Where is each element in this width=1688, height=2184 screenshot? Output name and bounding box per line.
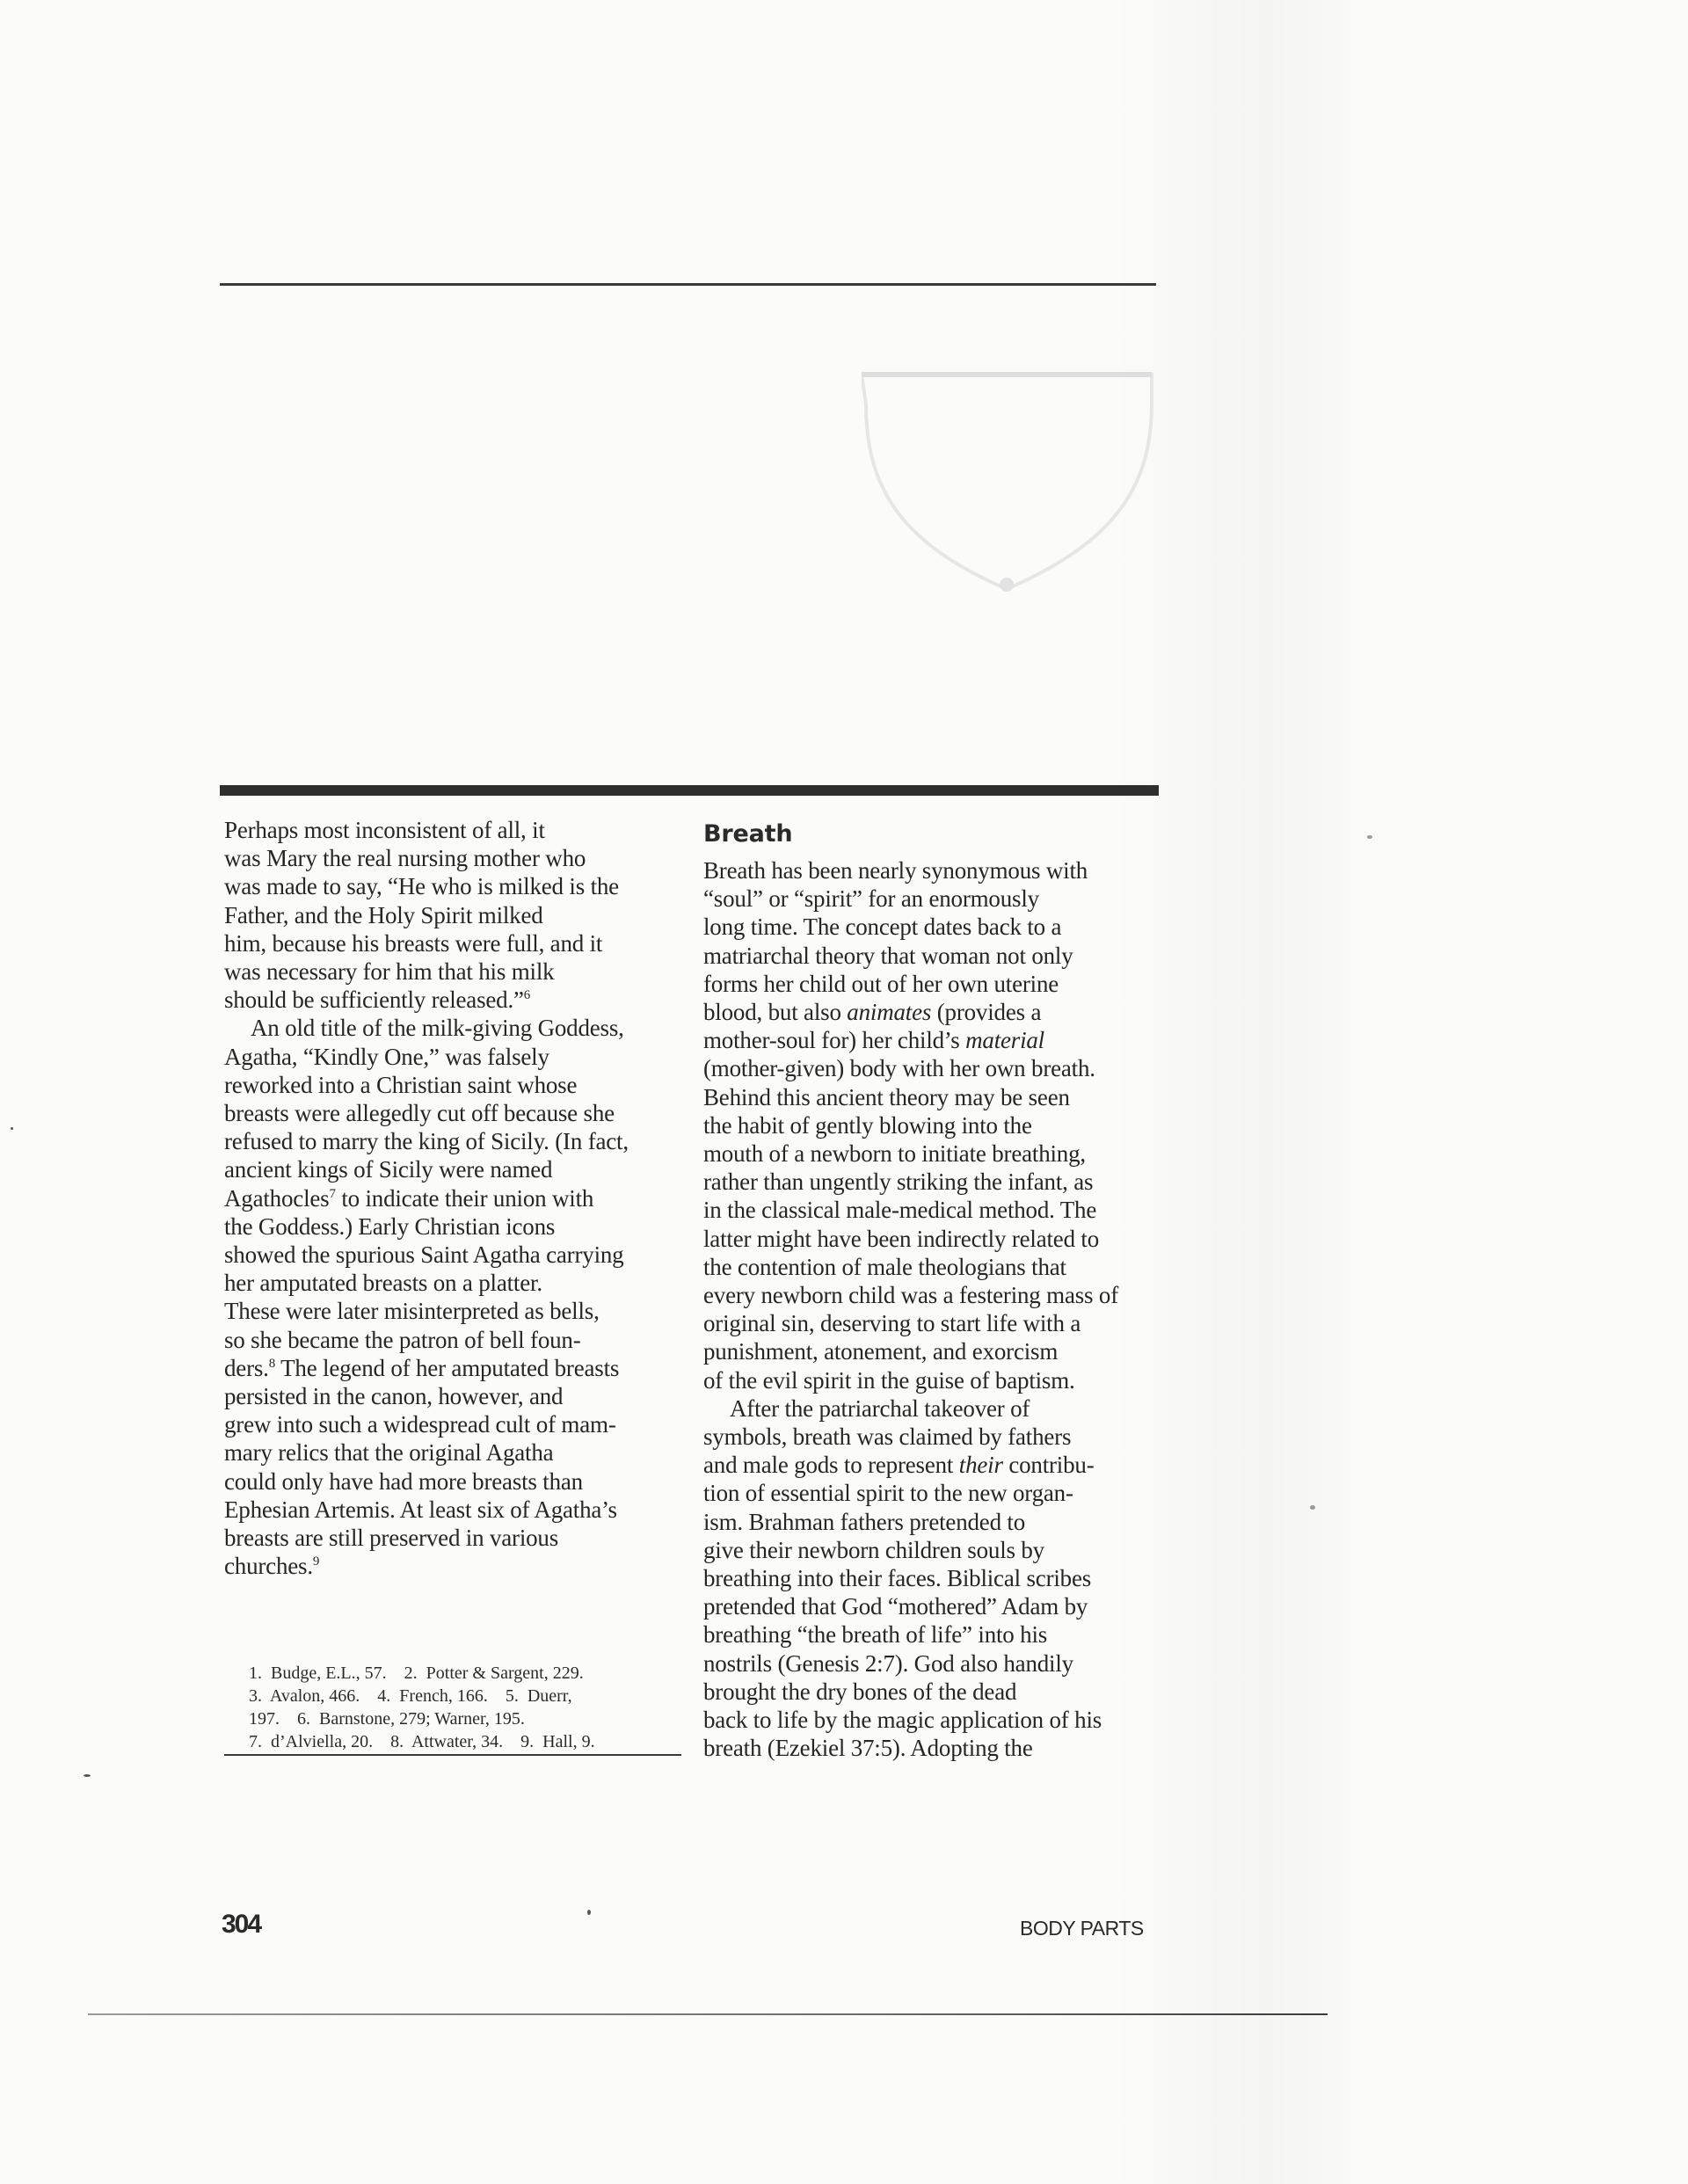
scan-speck: [1367, 835, 1372, 839]
text-run: should be sufficiently released.”: [224, 986, 524, 1013]
text-line: pretended that God “mothered” Adam by: [703, 1592, 1165, 1620]
text-line: reworked into a Christian saint whose: [224, 1071, 681, 1099]
text-line: him, because his breasts were full, and …: [224, 929, 681, 957]
text-line: original sin, deserving to start life wi…: [703, 1309, 1165, 1337]
text-line: nostrils (Genesis 2:7). God also handily: [703, 1649, 1165, 1678]
text-run: Agathocles: [224, 1185, 329, 1212]
text-line: of the evil spirit in the guise of bapti…: [703, 1366, 1165, 1394]
text-line: the habit of gently blowing into the: [703, 1111, 1165, 1139]
text-line: refused to marry the king of Sicily. (In…: [224, 1127, 681, 1155]
text-line: give their newborn children souls by: [703, 1536, 1165, 1564]
text-line: back to life by the magic application of…: [703, 1706, 1165, 1734]
text-line: was Mary the real nursing mother who: [224, 844, 681, 872]
text-line: grew into such a widespread cult of mam-: [224, 1410, 681, 1438]
text-run: and male gods to represent: [703, 1452, 959, 1478]
text-line: matriarchal theory that woman not only: [703, 942, 1165, 970]
text-line: Agatha, “Kindly One,” was falsely: [224, 1043, 681, 1071]
text-line: blood, but also animates (provides a: [703, 998, 1165, 1026]
text-line: ders.8 The legend of her amputated breas…: [224, 1354, 681, 1382]
paragraph-patriarchal-takeover: After the patriarchal takeover of symbol…: [703, 1394, 1165, 1763]
emphasis-material: material: [965, 1027, 1044, 1053]
text-line: persisted in the canon, however, and: [224, 1382, 681, 1410]
text-line: Perhaps most inconsistent of all, it: [224, 816, 681, 844]
text-run: to indicate their union with: [336, 1185, 593, 1212]
text-line: Father, and the Holy Spirit milked: [224, 901, 681, 929]
footnotes-rule: [224, 1754, 681, 1756]
footnote-line: 1. Budge, E.L., 57. 2. Potter & Sargent,…: [249, 1662, 688, 1685]
text-line: breathing “the breath of life” into his: [703, 1620, 1165, 1649]
paragraph-mary-quote: Perhaps most inconsistent of all, it was…: [224, 816, 681, 1014]
paragraph-breath-intro: Breath has been nearly synonymous with “…: [703, 856, 1165, 1394]
scan-edge-rule: [88, 2013, 1328, 2015]
top-rule: [220, 283, 1156, 286]
text-run: mother-soul for) her child’s: [703, 1027, 965, 1053]
text-line: churches.9: [224, 1552, 681, 1580]
footnote-ref-8: 8: [269, 1357, 275, 1371]
text-line: the Goddess.) Early Christian icons: [224, 1212, 681, 1241]
right-column: Breath Breath has been nearly synonymous…: [703, 819, 1165, 1763]
text-line: “soul” or “spirit” for an enormously: [703, 885, 1165, 913]
text-line: breasts were allegedly cut off because s…: [224, 1099, 681, 1127]
text-line: breathing into their faces. Biblical scr…: [703, 1564, 1165, 1592]
text-run: The legend of her amputated breasts: [275, 1355, 619, 1381]
emphasis-animates: animates: [847, 999, 931, 1025]
text-line: and male gods to represent their contrib…: [703, 1451, 1165, 1479]
text-line: Agathocles7 to indicate their union with: [224, 1184, 681, 1212]
text-line: Ephesian Artemis. At least six of Agatha…: [224, 1496, 681, 1524]
text-line: An old title of the milk-giving Goddess,: [224, 1014, 681, 1042]
text-line: symbols, breath was claimed by fathers: [703, 1423, 1165, 1451]
text-line: rather than ungently striking the infant…: [703, 1168, 1165, 1196]
bleed-through-shield-icon: [862, 369, 1160, 607]
text-line: the contention of male theologians that: [703, 1253, 1165, 1281]
scan-speck: [11, 1127, 13, 1130]
section-header-bar: [220, 785, 1159, 796]
text-line: (mother-given) body with her own breath.: [703, 1054, 1165, 1082]
text-line: mother-soul for) her child’s material: [703, 1026, 1165, 1054]
text-line: was necessary for him that his milk: [224, 957, 681, 986]
text-line: forms her child out of her own uterine: [703, 970, 1165, 998]
footnote-line: 3. Avalon, 466. 4. French, 166. 5. Duerr…: [249, 1685, 688, 1707]
footnote-line: 197. 6. Barnstone, 279; Warner, 195.: [249, 1707, 688, 1730]
text-line: every newborn child was a festering mass…: [703, 1281, 1165, 1309]
text-line: mouth of a newborn to initiate breathing…: [703, 1139, 1165, 1168]
footnote-line: 7. d’Alviella, 20. 8. Attwater, 34. 9. H…: [249, 1730, 688, 1753]
text-line: After the patriarchal takeover of: [703, 1394, 1165, 1423]
text-line: mary relics that the original Agatha: [224, 1438, 681, 1467]
text-line: These were later misinterpreted as bells…: [224, 1297, 681, 1325]
scan-speck: [84, 1774, 91, 1777]
footnote-ref-7: 7: [329, 1187, 335, 1201]
text-line: her amputated breasts on a platter.: [224, 1269, 681, 1297]
paragraph-agatha: An old title of the milk-giving Goddess,…: [224, 1014, 681, 1580]
text-line: ancient kings of Sicily were named: [224, 1155, 681, 1183]
text-run: churches.: [224, 1553, 313, 1579]
text-line: long time. The concept dates back to a: [703, 913, 1165, 941]
text-run: blood, but also: [703, 999, 847, 1025]
text-line: was made to say, “He who is milked is th…: [224, 872, 681, 900]
left-column: Perhaps most inconsistent of all, it was…: [224, 816, 681, 1580]
scan-speck: [587, 1910, 591, 1915]
text-line: tion of essential spirit to the new orga…: [703, 1479, 1165, 1507]
text-line: breath (Ezekiel 37:5). Adopting the: [703, 1734, 1165, 1762]
text-line: in the classical male-medical method. Th…: [703, 1196, 1165, 1224]
footnote-ref-9: 9: [313, 1554, 319, 1569]
footnote-ref-6: 6: [524, 988, 530, 1002]
text-line: should be sufficiently released.”6: [224, 986, 681, 1014]
text-line: ism. Brahman fathers pretended to: [703, 1508, 1165, 1536]
text-line: so she became the patron of bell foun-: [224, 1326, 681, 1354]
page-number: 304: [222, 1910, 260, 1940]
text-line: could only have had more breasts than: [224, 1467, 681, 1496]
text-line: brought the dry bones of the dead: [703, 1678, 1165, 1706]
entry-title-breath: Breath: [703, 819, 1165, 849]
text-line: punishment, atonement, and exorcism: [703, 1337, 1165, 1365]
text-line: latter might have been indirectly relate…: [703, 1225, 1165, 1253]
text-run: (provides a: [931, 999, 1041, 1025]
text-line: breasts are still preserved in various: [224, 1524, 681, 1552]
text-run: contribu-: [1003, 1452, 1095, 1478]
emphasis-their: their: [959, 1452, 1003, 1478]
running-footer: BODY PARTS: [1020, 1917, 1144, 1940]
footnotes: 1. Budge, E.L., 57. 2. Potter & Sargent,…: [249, 1662, 688, 1753]
scan-speck: [1310, 1505, 1315, 1510]
text-line: showed the spurious Saint Agatha carryin…: [224, 1241, 681, 1269]
text-run: ders.: [224, 1355, 269, 1381]
text-line: Breath has been nearly synonymous with: [703, 856, 1165, 885]
text-line: Behind this ancient theory may be seen: [703, 1083, 1165, 1111]
